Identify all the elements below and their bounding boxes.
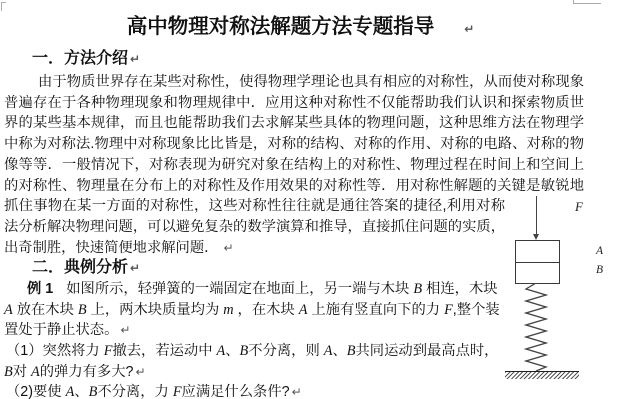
example1-statement: 如图所示，轻弹簧的一端固定在地面上，另一端与木块 B 相连，木块 A 放在木块 …	[4, 281, 500, 338]
text-run: 对	[13, 364, 31, 380]
text-run: 上施有竖直向下的力	[307, 302, 444, 318]
variable-symbol: A	[31, 364, 40, 380]
page-title: 高中物理对称法解题方法专题指导↵	[4, 13, 584, 43]
example1-question2: （2)要使 A、B不分离，力 F应满足什么条件?↵	[4, 382, 584, 399]
text-run: 、	[74, 384, 88, 399]
variable-symbol: B	[78, 302, 87, 318]
spring-icon	[524, 283, 548, 371]
paragraph-mark-icon: ↵	[130, 261, 140, 275]
text-run: ，在木块	[234, 302, 299, 318]
text-run: 如图所示，轻弹簧的一端固定在地面上，另一端与木块	[66, 281, 413, 297]
paragraph-mark-icon: ↵	[130, 52, 140, 66]
method-intro-text-before-figure: 由于物质世界存在某些对称性，使得物理学理论也具有相应的对称性，从而使对称现象普遍…	[4, 74, 584, 194]
paragraph-mark-icon: ↵	[292, 385, 302, 399]
text-run: 不分离，力	[97, 384, 172, 399]
example1-label: 例 1	[27, 281, 53, 297]
variable-symbol: F	[173, 384, 182, 399]
text-run: 不分离，则	[248, 343, 323, 359]
text-run: 、	[332, 343, 346, 359]
text-run: 共同运动到最高点时，	[356, 343, 499, 359]
paragraph-mark-icon: ↵	[120, 323, 130, 337]
section-heading-method-text: 一．方法介绍	[32, 50, 128, 67]
method-intro-paragraph: 由于物质世界存在某些对称性，使得物理学理论也具有相应的对称性，从而使对称现象普遍…	[4, 72, 584, 258]
text-run: （1）突然将力	[6, 343, 104, 359]
text-run: 上，两木块质量均为	[87, 302, 224, 318]
example1-question1: （1）突然将力 F撤去，若运动中 A、B不分离，则 A、B共同运动到最高点时，B…	[4, 341, 584, 382]
paragraph-mark-icon: ↵	[223, 241, 233, 255]
variable-symbol: m	[223, 302, 233, 318]
force-label: F	[541, 199, 583, 214]
block-a-label: A	[562, 245, 603, 257]
method-intro-text-after-figure: 抓住事物在某一方面的对称性，这些对称性往往就是通往答案的捷径,利用对称法分析解决…	[4, 198, 505, 255]
document-page: { "page": { "title": "高中物理对称法解题方法专题指导", …	[0, 0, 617, 399]
example1-paragraph: 例 1如图所示，轻弹簧的一端固定在地面上，另一端与木块 B 相连，木块 A 放在…	[4, 279, 584, 341]
section-heading-examples: 二．典例分析↵	[4, 258, 584, 279]
variable-symbol: F	[444, 302, 453, 318]
section-heading-method: 一．方法介绍↵	[4, 48, 584, 70]
variable-symbol: B	[240, 343, 249, 359]
example1-question1-text: （1）突然将力 F撤去，若运动中 A、B不分离，则 A、B共同运动到最高点时，B…	[4, 343, 498, 380]
ground-icon	[505, 371, 579, 379]
variable-symbol: B	[413, 281, 422, 297]
variable-symbol: B	[347, 343, 356, 359]
text-run: 、	[225, 343, 239, 359]
text-run: 相连，木块	[422, 281, 497, 297]
variable-symbol: A	[217, 343, 226, 359]
variable-symbol: A	[4, 302, 13, 318]
example1-question2-text: （2)要使 A、B不分离，力 F应满足什么条件?	[6, 384, 290, 399]
text-run: 放在木块	[13, 302, 78, 318]
force-arrow-icon	[536, 196, 537, 235]
margin-crop-mark-top-left	[1, 2, 6, 11]
variable-symbol: A	[66, 384, 75, 399]
text-run: （2)要使	[6, 384, 66, 399]
variable-symbol: B	[4, 364, 13, 380]
text-run: 的弹力有多大?	[40, 364, 134, 380]
paragraph-mark-icon: ↵	[135, 365, 145, 379]
block-stack	[515, 240, 560, 284]
text-run: 应满足什么条件?	[182, 384, 290, 399]
spring-blocks-figure: F A B	[505, 196, 584, 382]
text-run: 撤去，若运动中	[112, 343, 216, 359]
paragraph-mark-icon: ↵	[464, 22, 474, 36]
page-title-text: 高中物理对称法解题方法专题指导	[127, 15, 435, 38]
section-heading-examples-text: 二．典例分析	[32, 259, 128, 276]
block-divider-line	[516, 262, 559, 263]
margin-crop-mark-top-right	[573, 0, 601, 4]
block-b-label: B	[562, 264, 603, 276]
